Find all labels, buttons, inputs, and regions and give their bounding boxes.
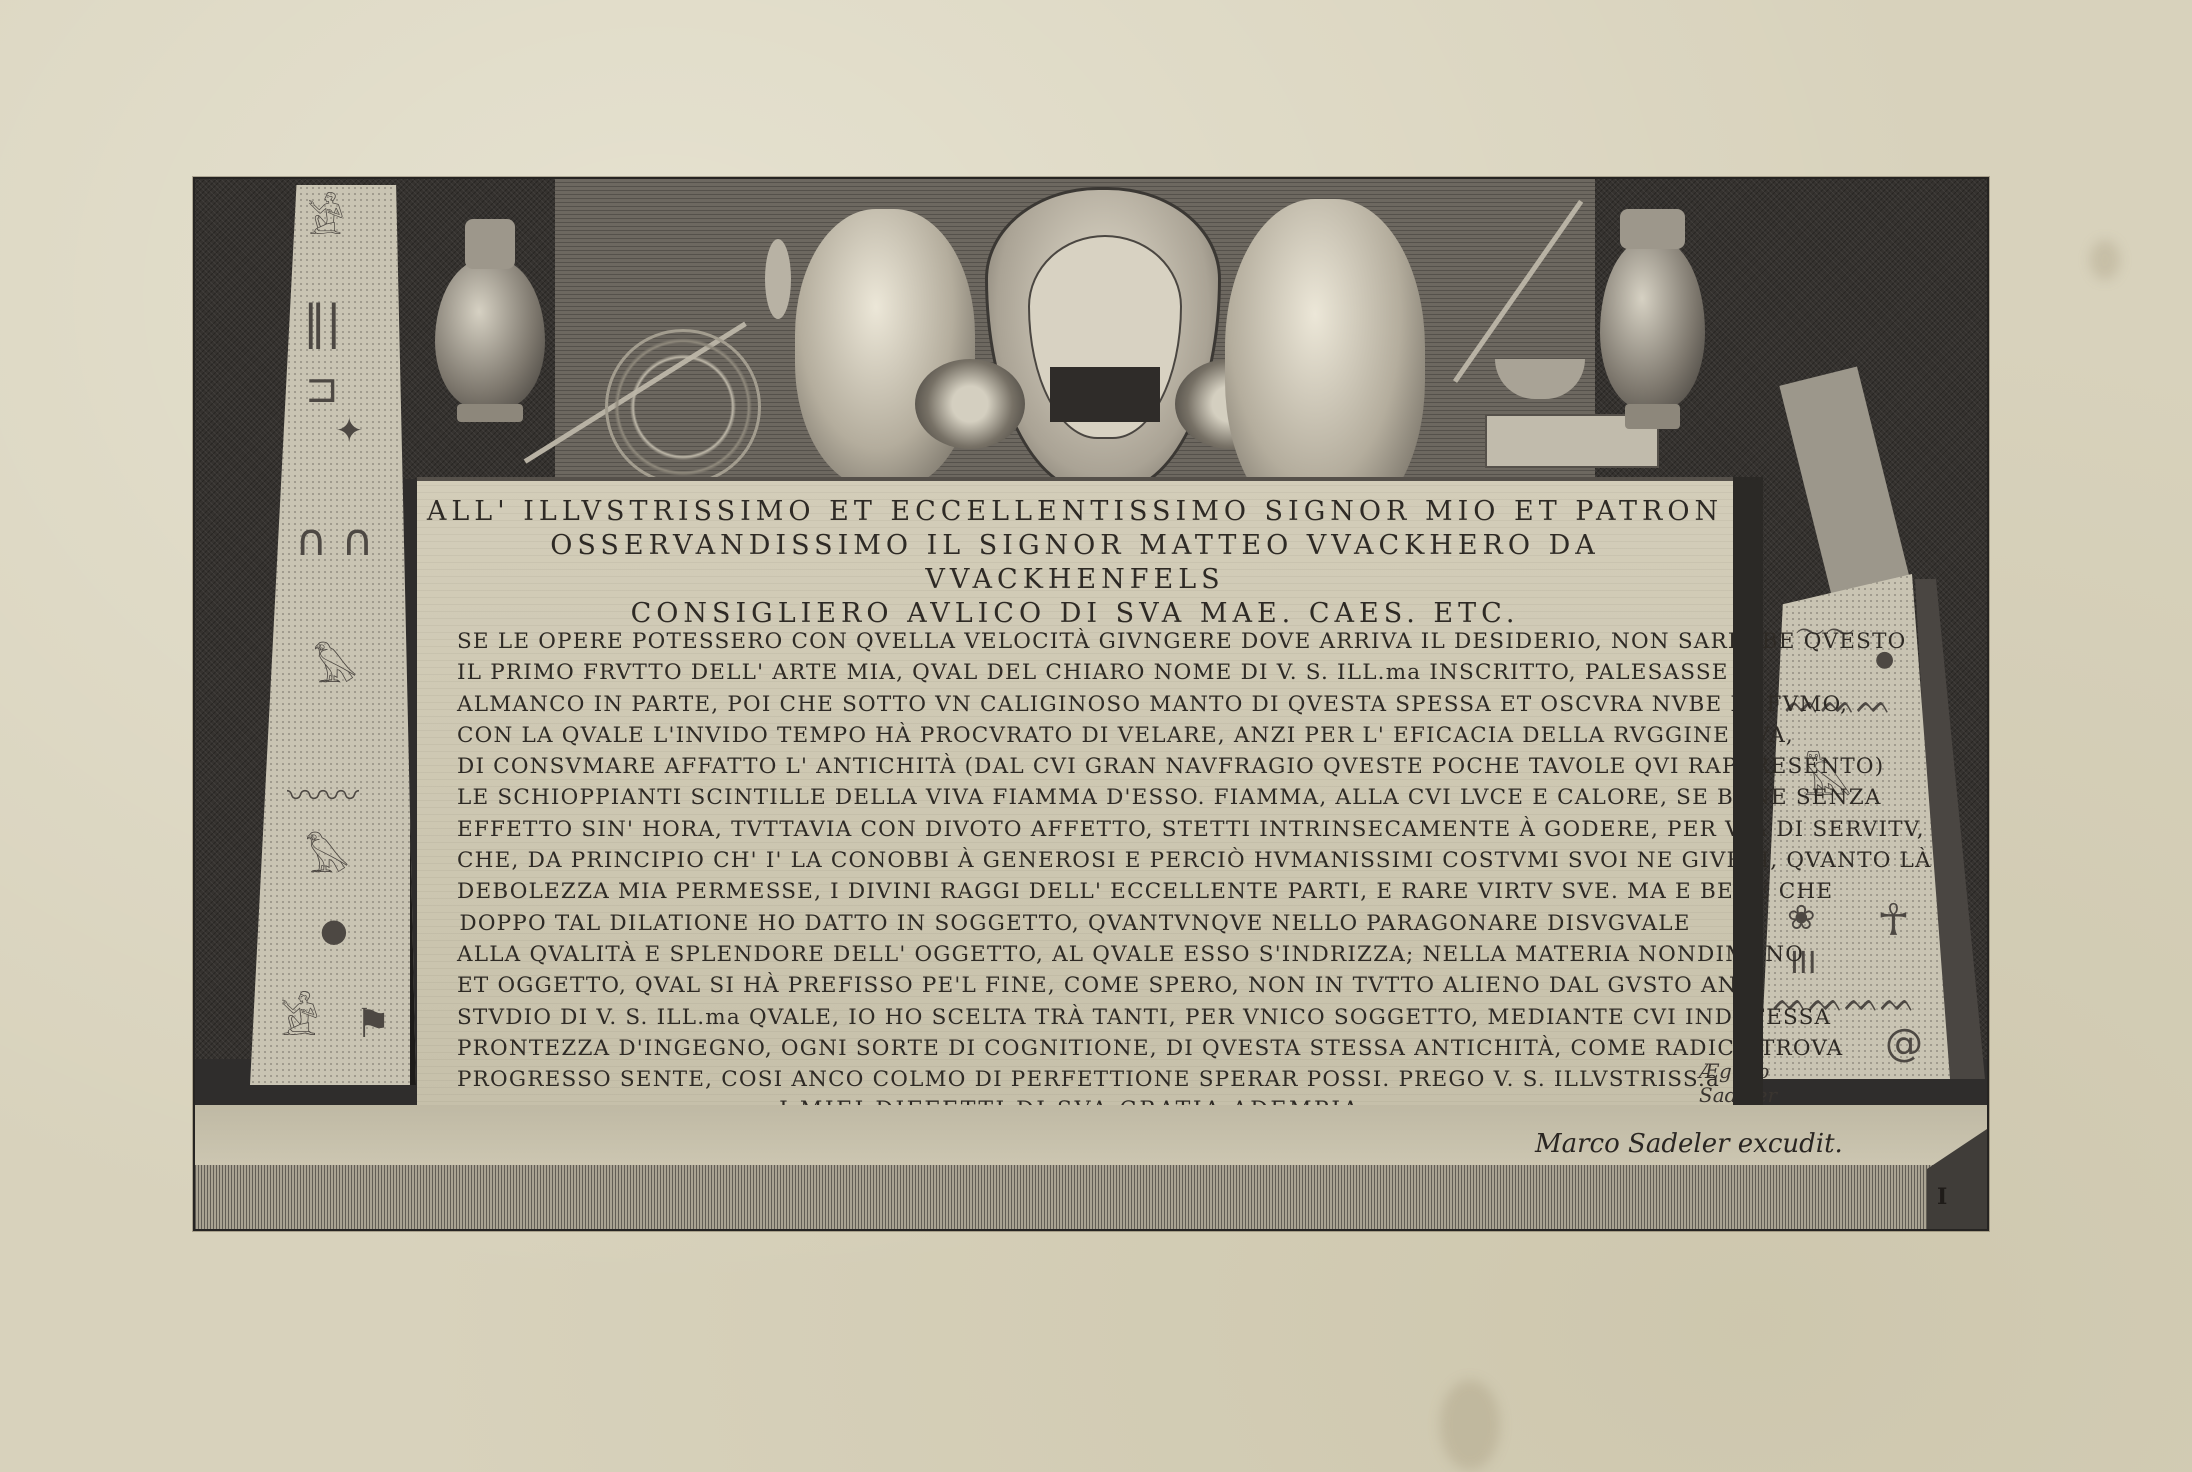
body-line: DEBOLEZZA MIA PERMESSE, I DIVINI RAGGI D…: [457, 876, 1693, 907]
mirror: [765, 239, 791, 319]
hatched-base: [195, 1165, 1987, 1229]
sun-disc-icon: ●: [320, 914, 348, 946]
body-line: CON LA QVALE L'INVIDO TEMPO HÀ PROCVRATO…: [457, 720, 1693, 751]
body-text: SE LE OPERE POTESSERO CON QVELLA VELOCIT…: [417, 626, 1733, 1158]
cross-star-icon: ✦: [335, 414, 364, 448]
body-line: LE SCHIOPPIANTI SCINTILLE DELLA VIVA FIA…: [457, 782, 1693, 813]
body-line: IL PRIMO FRVTTO DELL' ARTE MIA, QVAL DEL…: [457, 657, 1693, 688]
arch-icon: ∩ ∩: [295, 519, 373, 563]
body-line: ALLA QVALITÀ E SPLENDORE DELL' OGGETTO, …: [457, 939, 1693, 970]
tablet-shadow: [1733, 477, 1763, 1105]
dedication-line: ALL' ILLVSTRISSIMO ET ECCELLENTISSIMO SI…: [417, 495, 1733, 529]
body-line: EFFETTO SIN' HORA, TVTTAVIA CON DIVOTO A…: [457, 814, 1693, 845]
crest-shield: [1028, 235, 1182, 439]
spiral-icon: @: [1885, 1024, 1923, 1062]
left-vase-neck: [465, 219, 515, 269]
body-line: CHE, DA PRINCIPIO CH' I' LA CONOBBI À GE…: [457, 845, 1693, 876]
flag-icon: ⚑: [355, 1004, 391, 1044]
body-line: SE LE OPERE POTESSERO CON QVELLA VELOCIT…: [457, 626, 1693, 657]
right-vase-neck: [1620, 209, 1685, 249]
reeds-icon: ‖|: [303, 299, 342, 345]
inscription-tablet: ALL' ILLVSTRISSIMO ET ECCELLENTISSIMO SI…: [417, 477, 1733, 1109]
right-vase: [1600, 239, 1705, 409]
kneeling-figure-icon: 𓀀: [280, 999, 320, 1043]
plate-number: I: [1937, 1184, 1947, 1210]
lotus-icon: ❀: [1787, 901, 1816, 935]
water-line-icon: 〰〰: [287, 779, 359, 815]
left-vase-foot: [457, 404, 523, 422]
bird-icon: 𓅃: [313, 649, 358, 689]
seated-figure-icon: 𓀀: [307, 199, 345, 241]
body-line: ALMANCO IN PARTE, POI CHE SOTTO VN CALIG…: [457, 689, 1693, 720]
body-line: PROGRESSO SENTE, COSI ANCO COLMO DI PERF…: [457, 1064, 1693, 1095]
body-line: STVDIO DI V. S. ILL.ma QVALE, IO HO SCEL…: [457, 1002, 1693, 1033]
armillary-sphere: [605, 329, 761, 485]
ankh-icon: ☥: [1877, 899, 1910, 943]
left-vase: [435, 259, 545, 409]
dedication-text: ALL' ILLVSTRISSIMO ET ECCELLENTISSIMO SI…: [417, 495, 1733, 631]
right-vase-foot: [1625, 404, 1680, 429]
bird-icon: 𓅃: [305, 839, 350, 879]
body-line: ET OGGETTO, QVAL SI HÀ PREFISSO PE'L FIN…: [457, 970, 1693, 1001]
paper-stain: [1440, 1380, 1500, 1470]
paper-stain: [2090, 240, 2120, 280]
crest-dark-band: [1050, 367, 1160, 422]
garland-left: [915, 359, 1025, 449]
putto-left: [795, 209, 975, 489]
engraved-plate: 𓀀 ‖| ⊐ ✦ ∩ ∩ 𓅃 〰〰 𓅃 ● 𓀀 ⚑ 〜〜 ● ᨓᨓᨓ 𓅓 ☥ ❀…: [193, 177, 1989, 1231]
publisher-signature: Marco Sadeler excudit.: [1535, 1129, 1843, 1159]
body-line: DI CONSVMARE AFFATTO L' ANTICHITÀ (DAL C…: [457, 751, 1693, 782]
dedication-line: OSSERVANDISSIMO IL SIGNOR MATTEO VVACKHE…: [417, 529, 1733, 597]
meander-icon: ⊐: [305, 369, 339, 409]
body-line: PRONTEZZA D'INGEGNO, OGNI SORTE DI COGNI…: [457, 1033, 1693, 1064]
body-line: DOPPO TAL DILATIONE HO DATTO IN SOGGETTO…: [457, 908, 1693, 939]
